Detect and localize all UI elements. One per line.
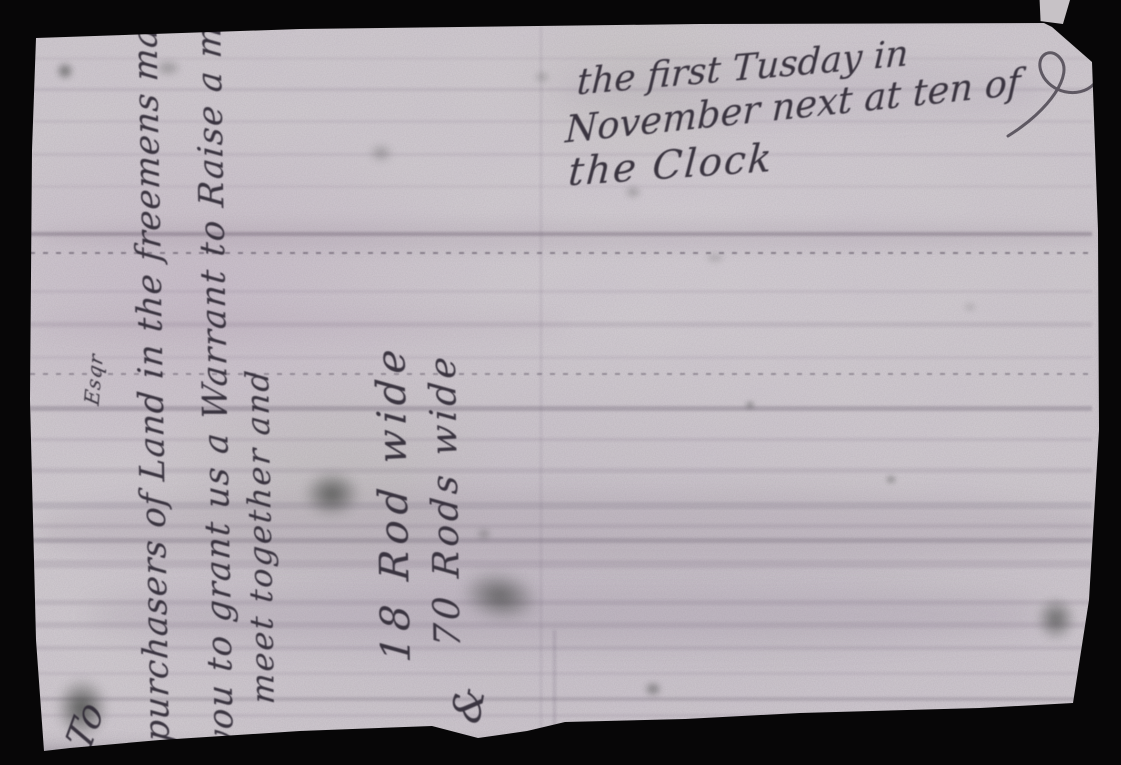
ink-blot (530, 68, 554, 86)
ink-blot (1028, 588, 1084, 650)
address-esquire: Esqr (80, 351, 108, 407)
ink-blot (640, 678, 666, 700)
ink-blot (473, 525, 495, 543)
scan-streak (30, 672, 1092, 675)
ink-blot (742, 398, 758, 412)
scan-streak (30, 356, 1092, 359)
scan-streak (30, 120, 1092, 123)
scan-streak (30, 153, 1092, 156)
scan-streak (30, 438, 1092, 441)
scan-streak (30, 373, 1092, 375)
measurement-line-2: 70 Rods wide (423, 351, 469, 648)
scan-streak (30, 290, 1092, 293)
ink-blot (364, 140, 398, 166)
ink-blot (700, 250, 730, 266)
paper-corner-sliver (1038, 0, 1070, 24)
scan-streak (30, 252, 1092, 254)
tonal-band (40, 310, 560, 340)
ink-blot (52, 58, 78, 84)
page-background: the first Tusday in November next at ten… (0, 0, 1121, 765)
ink-blot (882, 472, 900, 487)
scan-streak (30, 406, 1092, 411)
scan-streak (30, 697, 1092, 701)
pen-flourish (990, 40, 1110, 150)
address-line-3: meet together and (238, 367, 282, 705)
scan-streak (30, 646, 1092, 650)
ink-blot (960, 300, 980, 314)
scan-streak (30, 468, 1092, 473)
fold-line-vertical (553, 630, 556, 738)
measurement-line-1: 18 Rod wide (368, 342, 420, 664)
fold-line-vertical (540, 26, 542, 738)
ink-blot (292, 462, 372, 526)
scan-streak (30, 185, 1092, 188)
scan-streak (30, 714, 1092, 717)
document-paper: the first Tusday in November next at ten… (0, 0, 1121, 765)
